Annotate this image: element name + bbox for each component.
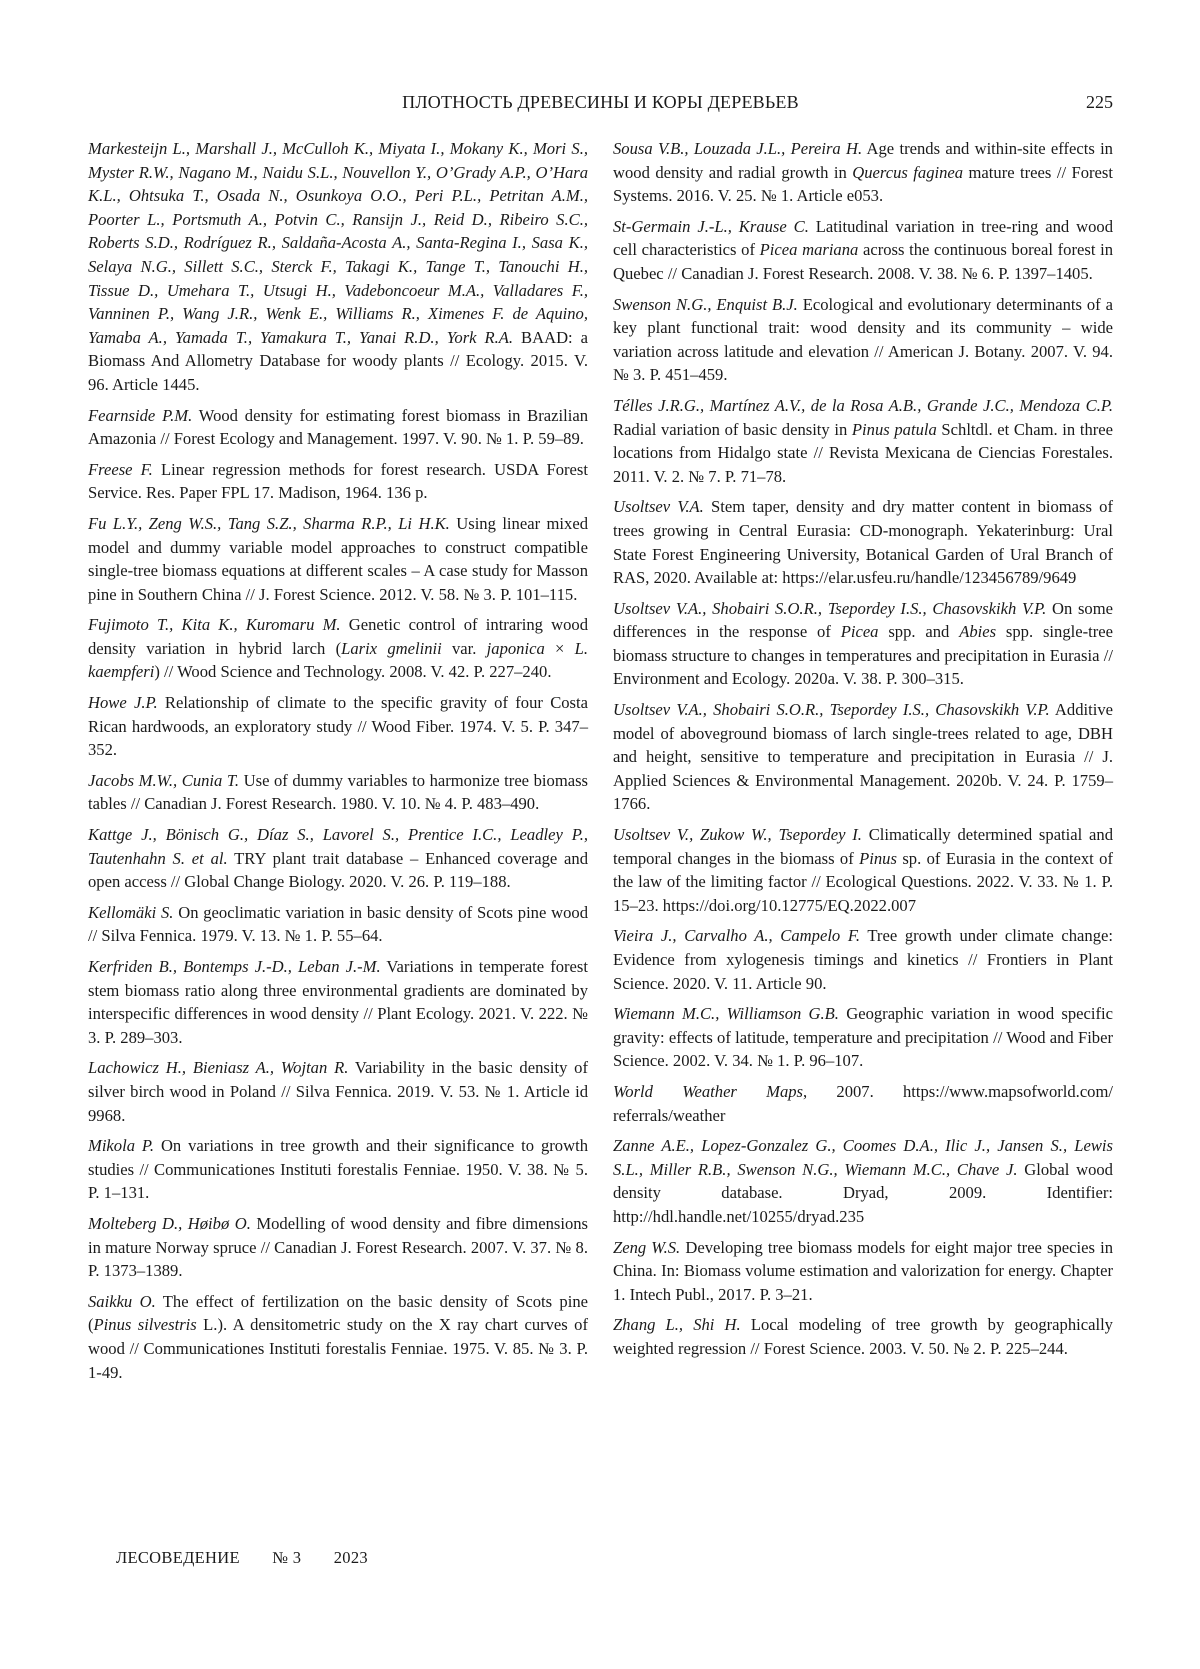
reference-entry: Usoltsev V., Zukow W., Tsepordey I. Clim…: [613, 823, 1113, 917]
reference-entry: Usoltsev V.A., Shobairi S.O.R., Tseporde…: [613, 597, 1113, 691]
reference-italic-text: Usoltsev V.A., Shobairi S.O.R., Tseporde…: [613, 599, 1046, 618]
reference-italic-text: japonica: [487, 639, 545, 658]
reference-entry: St-Germain J.-L., Krause C. Latitudinal …: [613, 215, 1113, 286]
reference-italic-text: World Weather Maps: [613, 1082, 803, 1101]
reference-entry: Markesteijn L., Marshall J., McCulloh K.…: [88, 137, 588, 397]
footer-year: 2023: [334, 1548, 368, 1567]
reference-entry: Kellomäki S. On geoclimatic variation in…: [88, 901, 588, 948]
reference-italic-text: Lachowicz H., Bieniasz A., Wojtan R.: [88, 1058, 348, 1077]
reference-italic-text: Pinus patula: [852, 420, 937, 439]
reference-entry: World Weather Maps, 2007. https://www.ma…: [613, 1080, 1113, 1127]
reference-entry: Lachowicz H., Bieniasz A., Wojtan R. Var…: [88, 1056, 588, 1127]
reference-italic-text: Molteberg D., Høibø O.: [88, 1214, 251, 1233]
reference-entry: Fujimoto T., Kita K., Kuromaru M. Geneti…: [88, 613, 588, 684]
reference-entry: Fearnside P.M. Wood density for estimati…: [88, 404, 588, 451]
references-column-right: Sousa V.B., Louzada J.L., Pereira H. Age…: [613, 137, 1113, 1368]
reference-italic-text: Pinus: [859, 849, 897, 868]
references-column-left: Markesteijn L., Marshall J., McCulloh K.…: [88, 137, 588, 1391]
reference-italic-text: Zhang L., Shi H.: [613, 1315, 741, 1334]
reference-italic-text: Quercus faginea: [852, 163, 963, 182]
reference-text: Developing tree biomass models for eight…: [613, 1238, 1113, 1304]
footer-journal-name: ЛЕСОВЕДЕНИЕ: [116, 1548, 240, 1567]
reference-italic-text: Picea: [841, 622, 879, 641]
reference-entry: Usoltsev V.A., Shobairi S.O.R., Tseporde…: [613, 698, 1113, 816]
reference-italic-text: Picea mariana: [760, 240, 859, 259]
reference-text: On variations in tree growth and their s…: [88, 1136, 588, 1202]
running-title: ПЛОТНОСТЬ ДРЕВЕСИНЫ И КОРЫ ДЕРЕВЬЕВ: [88, 92, 1113, 113]
reference-entry: Télles J.R.G., Martínez A.V., de la Rosa…: [613, 394, 1113, 488]
reference-text: Relationship of climate to the specific …: [88, 693, 588, 759]
reference-italic-text: Usoltsev V.A.: [613, 497, 704, 516]
running-header: ПЛОТНОСТЬ ДРЕВЕСИНЫ И КОРЫ ДЕРЕВЬЕВ 225: [88, 92, 1113, 118]
reference-italic-text: Fearnside P.M.: [88, 406, 192, 425]
reference-italic-text: Fu L.Y., Zeng W.S., Tang S.Z., Sharma R.…: [88, 514, 450, 533]
footer-issue: № 3: [272, 1548, 301, 1567]
reference-entry: Zeng W.S. Developing tree biomass models…: [613, 1236, 1113, 1307]
reference-italic-text: Jacobs M.W., Cunia T.: [88, 771, 239, 790]
reference-italic-text: Mikola P.: [88, 1136, 154, 1155]
reference-entry: Swenson N.G., Enquist B.J. Ecological an…: [613, 293, 1113, 387]
page-footer: ЛЕСОВЕДЕНИЕ № 3 2023: [116, 1548, 396, 1568]
reference-italic-text: Swenson N.G., Enquist B.J.: [613, 295, 798, 314]
reference-italic-text: St-Germain J.-L., Krause C.: [613, 217, 809, 236]
reference-entry: Zanne A.E., Lopez-Gonzalez G., Coomes D.…: [613, 1134, 1113, 1228]
reference-entry: Fu L.Y., Zeng W.S., Tang S.Z., Sharma R.…: [88, 512, 588, 606]
reference-italic-text: Abies: [959, 622, 996, 641]
page-number: 225: [1086, 92, 1113, 113]
reference-entry: Kattge J., Bönisch G., Díaz S., Lavorel …: [88, 823, 588, 894]
reference-text: var.: [442, 639, 487, 658]
reference-entry: Freese F. Linear regression methods for …: [88, 458, 588, 505]
reference-italic-text: Kellomäki S.: [88, 903, 173, 922]
reference-entry: Mikola P. On variations in tree growth a…: [88, 1134, 588, 1205]
reference-italic-text: Télles J.R.G., Martínez A.V., de la Rosa…: [613, 396, 1113, 415]
reference-entry: Saikku O. The effect of fertilization on…: [88, 1290, 588, 1384]
reference-italic-text: Larix gmelinii: [341, 639, 442, 658]
reference-text: spp. and: [878, 622, 959, 641]
reference-italic-text: Wiemann M.C., Williamson G.B.: [613, 1004, 839, 1023]
reference-entry: Vieira J., Carvalho A., Campelo F. Tree …: [613, 924, 1113, 995]
reference-entry: Howe J.P. Relationship of climate to the…: [88, 691, 588, 762]
reference-italic-text: Usoltsev V., Zukow W., Tsepordey I.: [613, 825, 862, 844]
reference-italic-text: Freese F.: [88, 460, 153, 479]
reference-italic-text: Vieira J., Carvalho A., Campelo F.: [613, 926, 860, 945]
reference-italic-text: Saikku O.: [88, 1292, 156, 1311]
reference-italic-text: Usoltsev V.A., Shobairi S.O.R., Tseporde…: [613, 700, 1050, 719]
reference-entry: Zhang L., Shi H. Local modeling of tree …: [613, 1313, 1113, 1360]
reference-italic-text: Pinus silvestris: [94, 1315, 197, 1334]
reference-text: Radial variation of basic density in: [613, 420, 852, 439]
reference-text: Linear regression methods for forest res…: [88, 460, 588, 503]
reference-entry: Kerfriden B., Bontemps J.-D., Leban J.-M…: [88, 955, 588, 1049]
reference-entry: Jacobs M.W., Cunia T. Use of dummy varia…: [88, 769, 588, 816]
reference-italic-text: Kerfriden B., Bontemps J.-D., Leban J.-M…: [88, 957, 381, 976]
reference-italic-text: Sousa V.B., Louzada J.L., Pereira H.: [613, 139, 862, 158]
reference-italic-text: Howe J.P.: [88, 693, 158, 712]
reference-entry: Molteberg D., Høibø O. Modelling of wood…: [88, 1212, 588, 1283]
reference-italic-text: Fujimoto T., Kita K., Kuromaru M.: [88, 615, 341, 634]
reference-italic-text: Markesteijn L., Marshall J., McCulloh K.…: [88, 139, 588, 347]
reference-text: ) // Wood Science and Technol­ogy. 2008.…: [154, 662, 551, 681]
reference-entry: Wiemann M.C., Williamson G.B. Geographic…: [613, 1002, 1113, 1073]
reference-italic-text: Zeng W.S.: [613, 1238, 680, 1257]
reference-entry: Usoltsev V.A. Stem taper, density and dr…: [613, 495, 1113, 589]
reference-entry: Sousa V.B., Louzada J.L., Pereira H. Age…: [613, 137, 1113, 208]
reference-text: ×: [545, 639, 575, 658]
